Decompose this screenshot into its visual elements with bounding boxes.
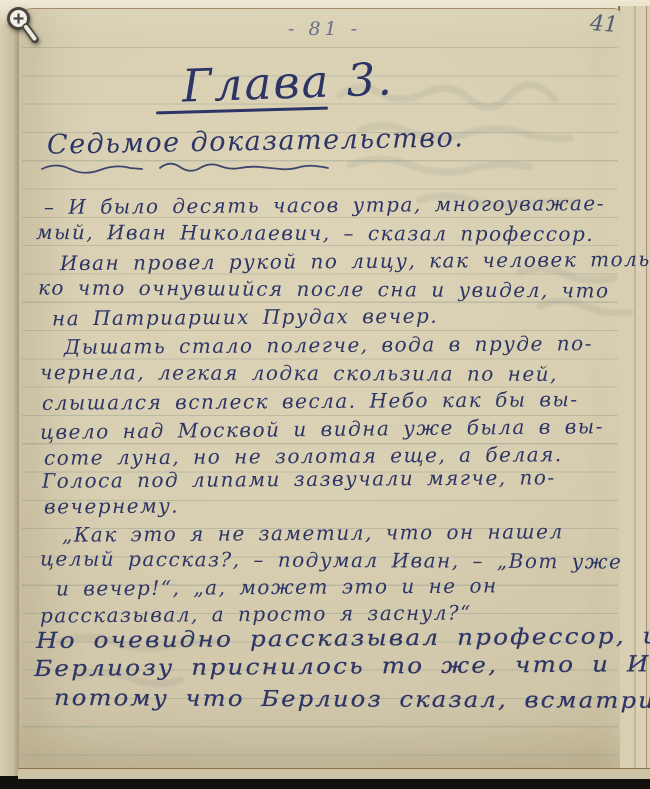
manuscript-line: потому что Берлиоз сказал, всматриваясь (54, 686, 650, 714)
manuscript-line: – И было десять часов утра, многоуважае- (44, 191, 605, 219)
manuscript-line: мый, Иван Николаевич, – сказал профессор… (36, 220, 594, 246)
binding-gutter (0, 24, 21, 776)
manuscript-line: Иван провел рукой по лицу, как человек т… (60, 247, 650, 275)
manuscript-line: и вечер!“, „а, может это и не он (56, 573, 498, 600)
page-stack-bottom-edge (18, 768, 650, 779)
page-number-header: - 81 - (288, 18, 361, 40)
manuscript-line: ко что очнувшийся после сна и увидел, чт… (38, 276, 610, 303)
manuscript-line: слышался всплеск весла. Небо как бы вы- (42, 387, 579, 415)
manuscript-line: Голоса под липами зазвучали мягче, по- (42, 465, 556, 493)
folio-number: 41 (589, 11, 619, 38)
manuscript-line: вечернему. (44, 494, 179, 519)
manuscript-line: чернела, легкая лодка скользила по ней, (40, 360, 558, 386)
chapter-title: Глава 3. (181, 52, 394, 112)
manuscript-line: Берлиозу приснилось то же, что и Ивану, (34, 652, 650, 682)
manuscript-line: на Патриарших Прудах вечер. (52, 304, 438, 331)
manuscript-line: целый рассказ?, – подумал Иван, – „Вот у… (40, 546, 623, 573)
zoom-in-icon[interactable] (5, 5, 41, 45)
manuscript-scan: - 81 - 41 Глава 3. Седьмое доказательств… (0, 0, 650, 789)
manuscript-line: Дышать стало полегче, вода в пруде по- (64, 331, 593, 359)
manuscript-line: Но очевидно рассказывал профессор, или (36, 624, 650, 654)
section-wavy-underline (38, 155, 348, 179)
manuscript-line: рассказывал, а просто я заснул?“ (40, 600, 472, 627)
manuscript-line: „Как это я не заметил, что он нашел (62, 519, 564, 547)
